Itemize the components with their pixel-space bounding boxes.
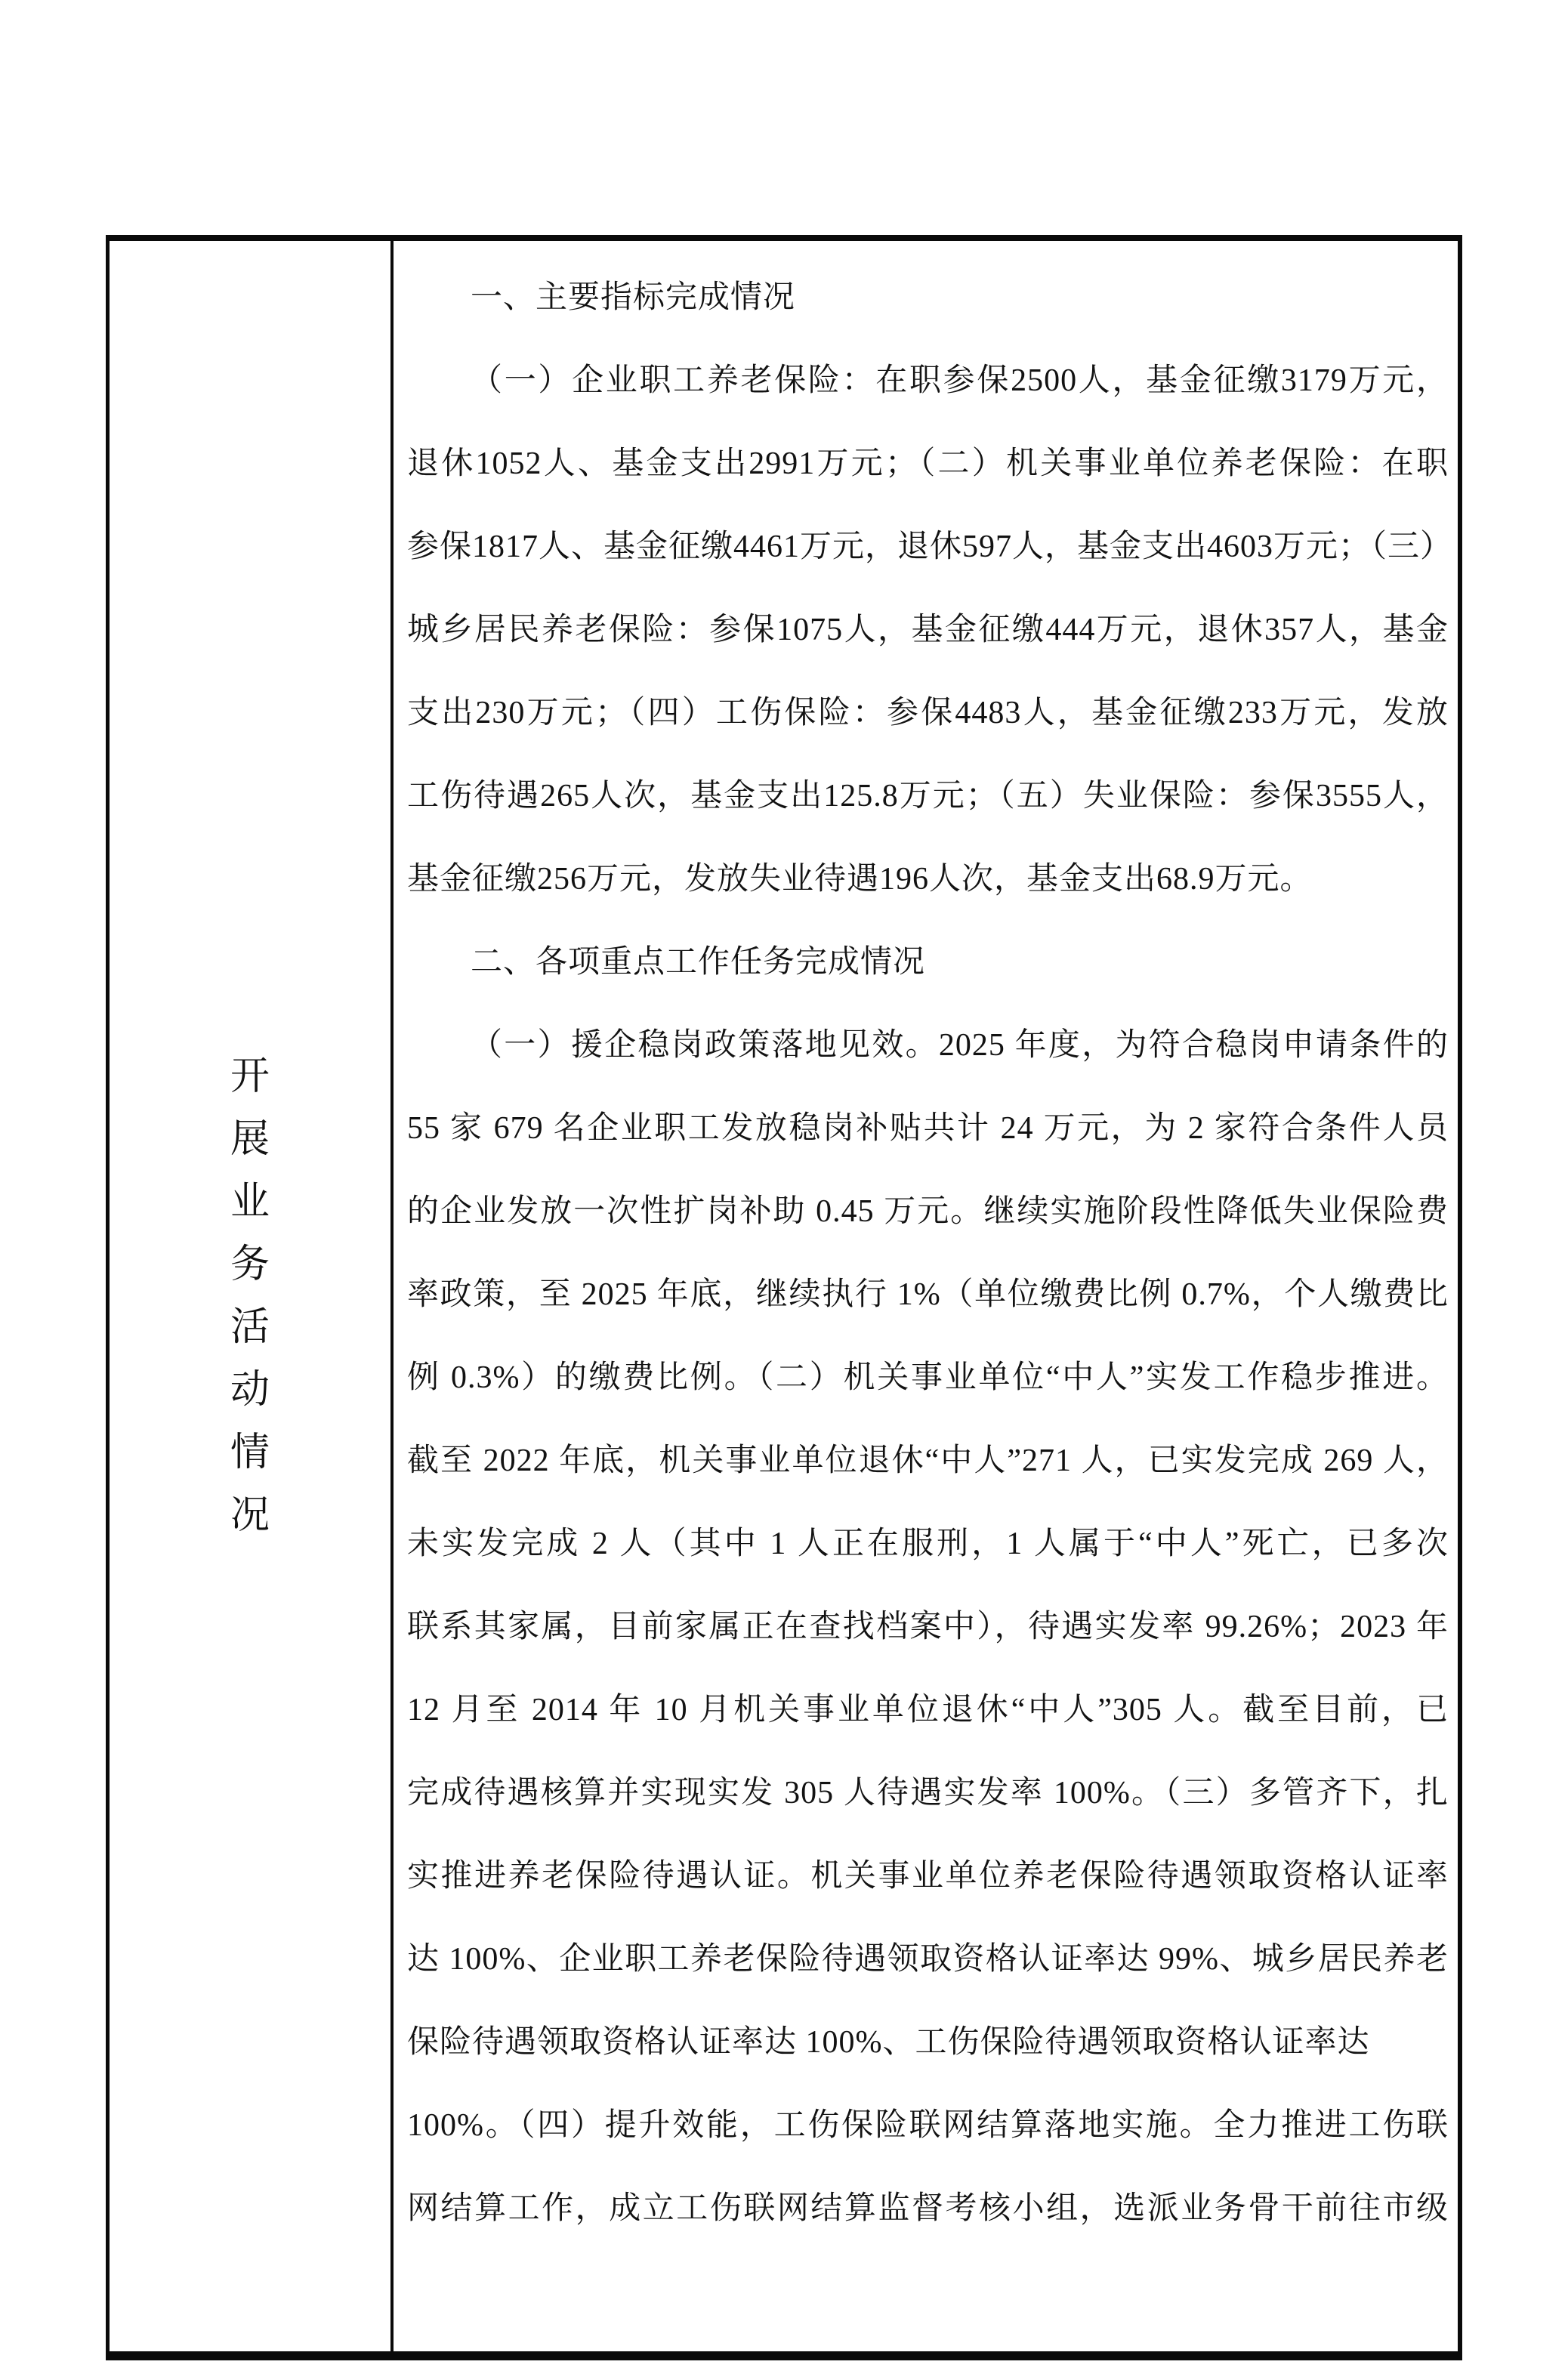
content-line-24: 网结算工作，成立工伤联网结算监督考核小组，选派业务骨干前往市级 xyxy=(407,2167,1449,2250)
row-label-char: 展 xyxy=(230,1108,270,1171)
row-label-char: 活 xyxy=(230,1296,270,1359)
row-label-vertical-text: 开展业务活动情况 xyxy=(230,1045,270,1547)
content-line-10: （一）援企稳岗政策落地见效。2025 年度，为符合稳岗申请条件的 xyxy=(407,1004,1449,1087)
content-line-9: 二、各项重点工作任务完成情况 xyxy=(407,921,1449,1004)
content-line-18: 12 月至 2014 年 10 月机关事业单位退休“中人”305 人。截至目前，… xyxy=(407,1669,1449,1752)
content-line-8: 基金征缴256万元，发放失业待遇196人次，基金支出68.9万元。 xyxy=(407,838,1449,921)
row-label-char: 动 xyxy=(230,1359,270,1422)
content-line-14: 例 0.3%）的缴费比例。（二）机关事业单位“中人”实发工作稳步推进。 xyxy=(407,1336,1449,1419)
scanned-report-page: 开展业务活动情况 一、主要指标完成情况（一）企业职工养老保险：在职参保2500人… xyxy=(0,0,1568,2377)
content-line-7: 工伤待遇265人次，基金支出125.8万元；（五）失业保险：参保3555人， xyxy=(407,755,1449,838)
content-line-6: 支出230万元；（四）工伤保险：参保4483人，基金征缴233万元，发放 xyxy=(407,671,1449,755)
content-line-21: 达 100%、企业职工养老保险待遇领取资格认证率达 99%、城乡居民养老 xyxy=(407,1918,1449,2001)
content-line-16: 未实发完成 2 人（其中 1 人正在服刑，1 人属于“中人”死亡，已多次 xyxy=(407,1502,1449,1585)
content-line-23: 100%。（四）提升效能，工伤保险联网结算落地实施。全力推进工伤联 xyxy=(407,2084,1449,2167)
row-label-cell: 开展业务活动情况 xyxy=(110,241,394,2351)
row-label-char: 情 xyxy=(230,1422,270,1484)
content-line-2: （一）企业职工养老保险：在职参保2500人，基金征缴3179万元， xyxy=(407,339,1449,422)
content-line-11: 55 家 679 名企业职工发放稳岗补贴共计 24 万元，为 2 家符合条件人员 xyxy=(407,1087,1449,1170)
content-line-5: 城乡居民养老保险：参保1075人，基金征缴444万元，退休357人，基金 xyxy=(407,588,1449,671)
row-content-cell: 一、主要指标完成情况（一）企业职工养老保险：在职参保2500人，基金征缴3179… xyxy=(394,241,1458,2351)
business-activity-table: 开展业务活动情况 一、主要指标完成情况（一）企业职工养老保险：在职参保2500人… xyxy=(106,235,1462,2360)
content-line-17: 联系其家属，目前家属正在查找档案中），待遇实发率 99.26%；2023 年 xyxy=(407,1585,1449,1669)
row-label-char: 开 xyxy=(230,1045,270,1108)
content-line-19: 完成待遇核算并实现实发 305 人待遇实发率 100%。（三）多管齐下，扎 xyxy=(407,1752,1449,1835)
content-line-22: 保险待遇领取资格认证率达 100%、工伤保险待遇领取资格认证率达 xyxy=(407,2001,1449,2084)
content-line-15: 截至 2022 年底，机关事业单位退休“中人”271 人，已实发完成 269 人… xyxy=(407,1419,1449,1502)
content-line-4: 参保1817人、基金征缴4461万元，退休597人，基金支出4603万元；（三） xyxy=(407,505,1449,588)
content-line-3: 退休1052人、基金支出2991万元；（二）机关事业单位养老保险：在职 xyxy=(407,422,1449,505)
content-line-20: 实推进养老保险待遇认证。机关事业单位养老保险待遇领取资格认证率 xyxy=(407,1835,1449,1918)
row-label-char: 务 xyxy=(230,1233,270,1296)
row-label-char: 业 xyxy=(230,1171,270,1233)
row-label-char: 况 xyxy=(230,1484,270,1547)
content-line-1: 一、主要指标完成情况 xyxy=(407,256,1449,339)
content-line-13: 率政策，至 2025 年底，继续执行 1%（单位缴费比例 0.7%，个人缴费比 xyxy=(407,1253,1449,1336)
content-line-12: 的企业发放一次性扩岗补助 0.45 万元。继续实施阶段性降低失业保险费 xyxy=(407,1170,1449,1253)
